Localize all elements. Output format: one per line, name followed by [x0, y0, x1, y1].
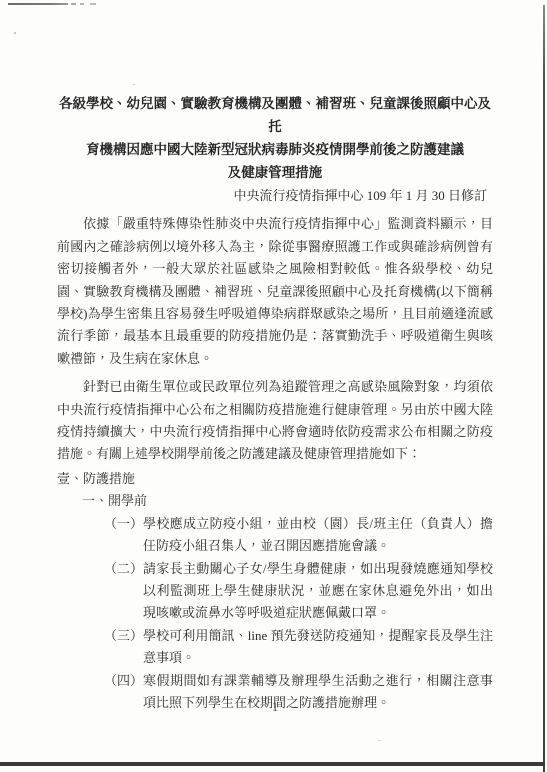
page-edge-right	[543, 5, 545, 772]
scan-artifact-dash	[90, 3, 96, 5]
list-item-2: （二） 請家長主動關心子女/學生身體健康，如出現發燒應通知學校以利監測班上學生健…	[104, 558, 493, 625]
document-title-line-1: 各級學校、幼兒園、實驗教育機構及團體、補習班、兒童課後照顧中心及托	[57, 92, 493, 138]
scan-speck	[14, 32, 16, 34]
document-title-line-3: 及健康管理措施	[57, 161, 493, 184]
list-item-marker: （三）	[104, 625, 143, 670]
document-title: 各級學校、幼兒園、實驗教育機構及團體、補習班、兒童課後照顧中心及托 育機構因應中…	[57, 92, 493, 184]
list-item-text: 請家長主動關心子女/學生身體健康，如出現發燒應通知學校以利監測班上學生健康狀況，…	[143, 558, 493, 625]
document-content: 各級學校、幼兒園、實驗教育機構及團體、補習班、兒童課後照顧中心及托 育機構因應中…	[57, 92, 493, 714]
section-heading-protective-measures: 壹、防護措施	[57, 468, 493, 490]
document-title-line-2: 育機構因應中國大陸新型冠狀病毒肺炎疫情開學前後之防護建議	[57, 138, 493, 161]
list-item-marker: （一）	[104, 513, 143, 558]
list-item-3: （三） 學校可利用簡訊、line 預先發送防疫通知，提醒家長及學生注意事項。	[104, 625, 493, 670]
list-item-1: （一） 學校應成立防疫小組，並由校（園）長/班主任（負責人）擔任防疫小組召集人，…	[104, 513, 493, 558]
scan-artifact-dash	[71, 3, 76, 5]
scan-speck	[133, 84, 135, 85]
scan-artifact-dash	[80, 3, 84, 5]
scan-speck	[378, 740, 381, 741]
scanned-document-page: 各級學校、幼兒園、實驗教育機構及團體、補習班、兒童課後照顧中心及托 育機構因應中…	[0, 0, 547, 772]
paragraph-intro: 依據「嚴重特殊傳染性肺炎中央流行疫情指揮中心」監測資料顯示，目前國內之確診病例以…	[57, 213, 493, 370]
paragraph-management: 針對已由衛生單位或民政單位列為追蹤管理之高感染風險對象，均須依中央流行疫情指揮中…	[57, 376, 493, 466]
revision-note: 中央流行疫情指揮中心 109 年 1 月 30 日修訂	[57, 185, 493, 207]
page-edge-bottom	[0, 762, 545, 766]
list-item-text: 學校可利用簡訊、line 預先發送防疫通知，提醒家長及學生注意事項。	[143, 625, 493, 670]
subsection-heading-before-school-opens: 一、開學前	[82, 490, 493, 512]
list-item-text: 學校應成立防疫小組，並由校（園）長/班主任（負責人）擔任防疫小組召集人，並召開因…	[143, 513, 493, 558]
scan-artifact-top-line	[8, 3, 68, 5]
page-number: 1	[57, 700, 493, 715]
list-item-marker: （二）	[104, 558, 143, 625]
